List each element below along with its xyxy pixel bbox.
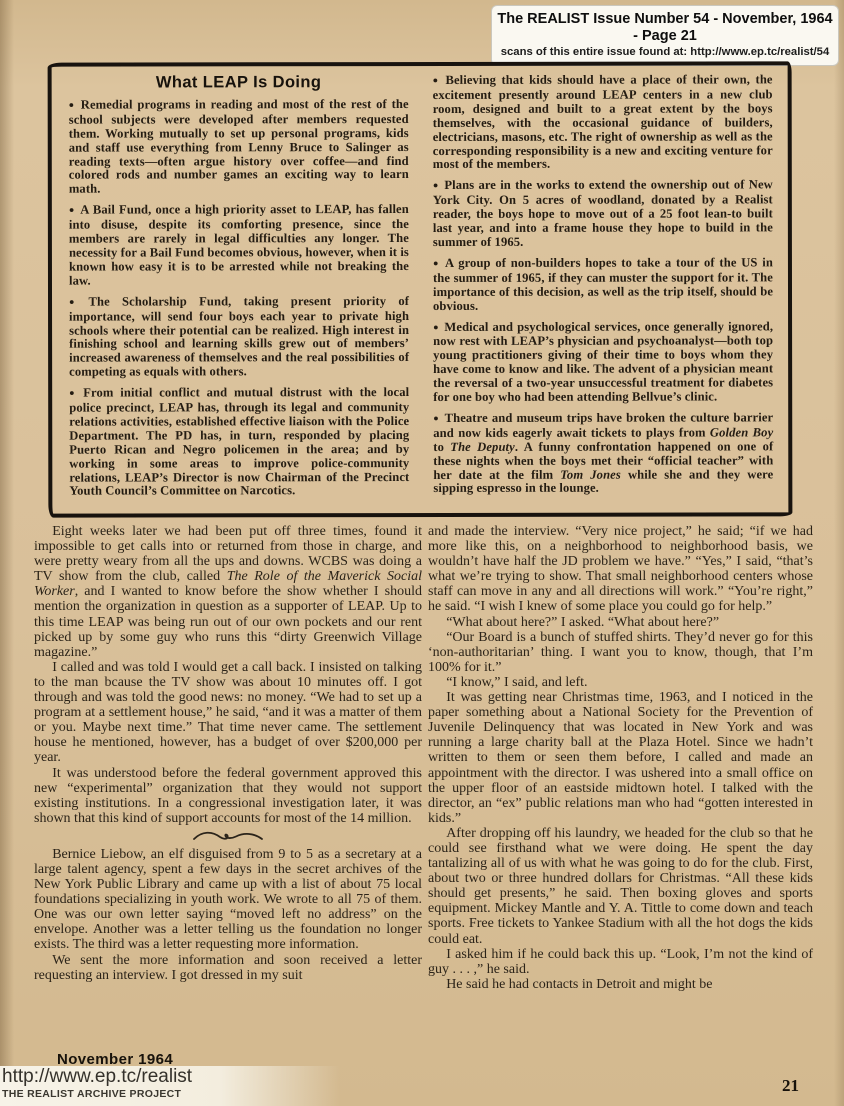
leap-bullet-item: ●A group of non-builders hopes to take a…: [433, 256, 773, 313]
archive-project-name: THE REALIST ARCHIVE PROJECT: [2, 1088, 340, 1100]
archive-url: http://www.ep.tc/realist: [2, 1067, 340, 1087]
leap-item-text: A group of non-builders hopes to take a …: [433, 255, 773, 312]
paragraph: “Our Board is a bunch of stuffed shirts.…: [428, 630, 813, 675]
leap-bullet-item: ●A Bail Fund, once a high priority asset…: [69, 203, 409, 288]
paragraph: Bernice Liebow, an elf disguised from 9 …: [34, 847, 422, 953]
leap-bullet-item: ●Medical and psychological services, onc…: [433, 320, 773, 405]
article-right-column: and made the interview. “Very nice proje…: [428, 524, 813, 992]
leap-item-text: From initial conflict and mutual distrus…: [69, 385, 409, 498]
paragraph: Eight weeks later we had been put off th…: [34, 524, 422, 660]
bullet-icon: ●: [433, 413, 439, 423]
leap-bullet-item: ●Theatre and museum trips have broken th…: [433, 411, 773, 496]
leap-item-text: Remedial programs in reading and most of…: [69, 97, 409, 196]
paragraph: It was getting near Christmas time, 1963…: [428, 690, 813, 826]
paragraph: I called and was told I would get a call…: [34, 660, 422, 766]
leap-box-right-column: ●Believing that kids should have a place…: [433, 73, 774, 505]
leap-item-text: Believing that kids should have a place …: [433, 72, 773, 171]
leap-bullet-item: ●The Scholarship Fund, taking present pr…: [69, 295, 409, 380]
bullet-icon: ●: [69, 205, 75, 215]
paragraph: I asked him if he could back this up. “L…: [428, 947, 813, 977]
bullet-icon: ●: [433, 321, 439, 331]
bullet-icon: ●: [69, 296, 84, 306]
bullet-icon: ●: [433, 75, 441, 85]
leap-bullet-item: ●From initial conflict and mutual distru…: [69, 386, 409, 499]
bullet-icon: ●: [433, 258, 440, 268]
leap-item-text: Theatre and museum trips have broken the…: [433, 410, 773, 495]
leap-item-text: A Bail Fund, once a high priority asset …: [69, 202, 409, 287]
squiggle-ornament-icon: [192, 829, 264, 842]
scan-header-box: The REALIST Issue Number 54 - November, …: [491, 5, 839, 66]
scan-header-subtitle: scans of this entire issue found at: htt…: [496, 46, 834, 58]
page-number: 21: [782, 1076, 799, 1096]
leap-box-left-column: What LEAP Is Doing ●Remedial programs in…: [69, 74, 410, 506]
paragraph: “What about here?” I asked. “What about …: [428, 615, 813, 630]
paragraph: After dropping off his laundry, we heade…: [428, 826, 813, 947]
scan-header-title: The REALIST Issue Number 54 - November, …: [496, 11, 834, 44]
paragraph: and made the interview. “Very nice proje…: [428, 524, 813, 615]
leap-item-text: Plans are in the works to extend the own…: [433, 178, 773, 249]
leap-item-text: Medical and psychological services, once…: [433, 319, 773, 404]
leap-bullet-item: ●Plans are in the works to extend the ow…: [433, 179, 773, 250]
paragraph: “I know,” I said, and left.: [428, 675, 813, 690]
bullet-icon: ●: [433, 180, 440, 190]
paragraph: We sent the more information and soon re…: [34, 953, 422, 983]
paragraph: He said he had contacts in Detroit and m…: [428, 977, 813, 992]
paragraph: It was understood before the federal gov…: [34, 766, 422, 826]
archive-caption-bar: http://www.ep.tc/realist THE REALIST ARC…: [0, 1066, 340, 1106]
article-left-column: Eight weeks later we had been put off th…: [34, 524, 422, 983]
leap-item-text: The Scholarship Fund, taking present pri…: [69, 294, 409, 379]
scanned-magazine-page: { "colors": { "paper": "#d8c09a", "ink":…: [0, 0, 844, 1106]
bullet-icon: ●: [69, 388, 78, 398]
leap-bullet-item: ●Believing that kids should have a place…: [433, 73, 773, 172]
leap-feature-box: What LEAP Is Doing ●Remedial programs in…: [48, 61, 793, 518]
flourish-divider: [34, 829, 422, 843]
bullet-icon: ●: [69, 100, 76, 110]
feature-box-title: What LEAP Is Doing: [69, 76, 409, 90]
leap-bullet-item: ●Remedial programs in reading and most o…: [69, 98, 409, 197]
